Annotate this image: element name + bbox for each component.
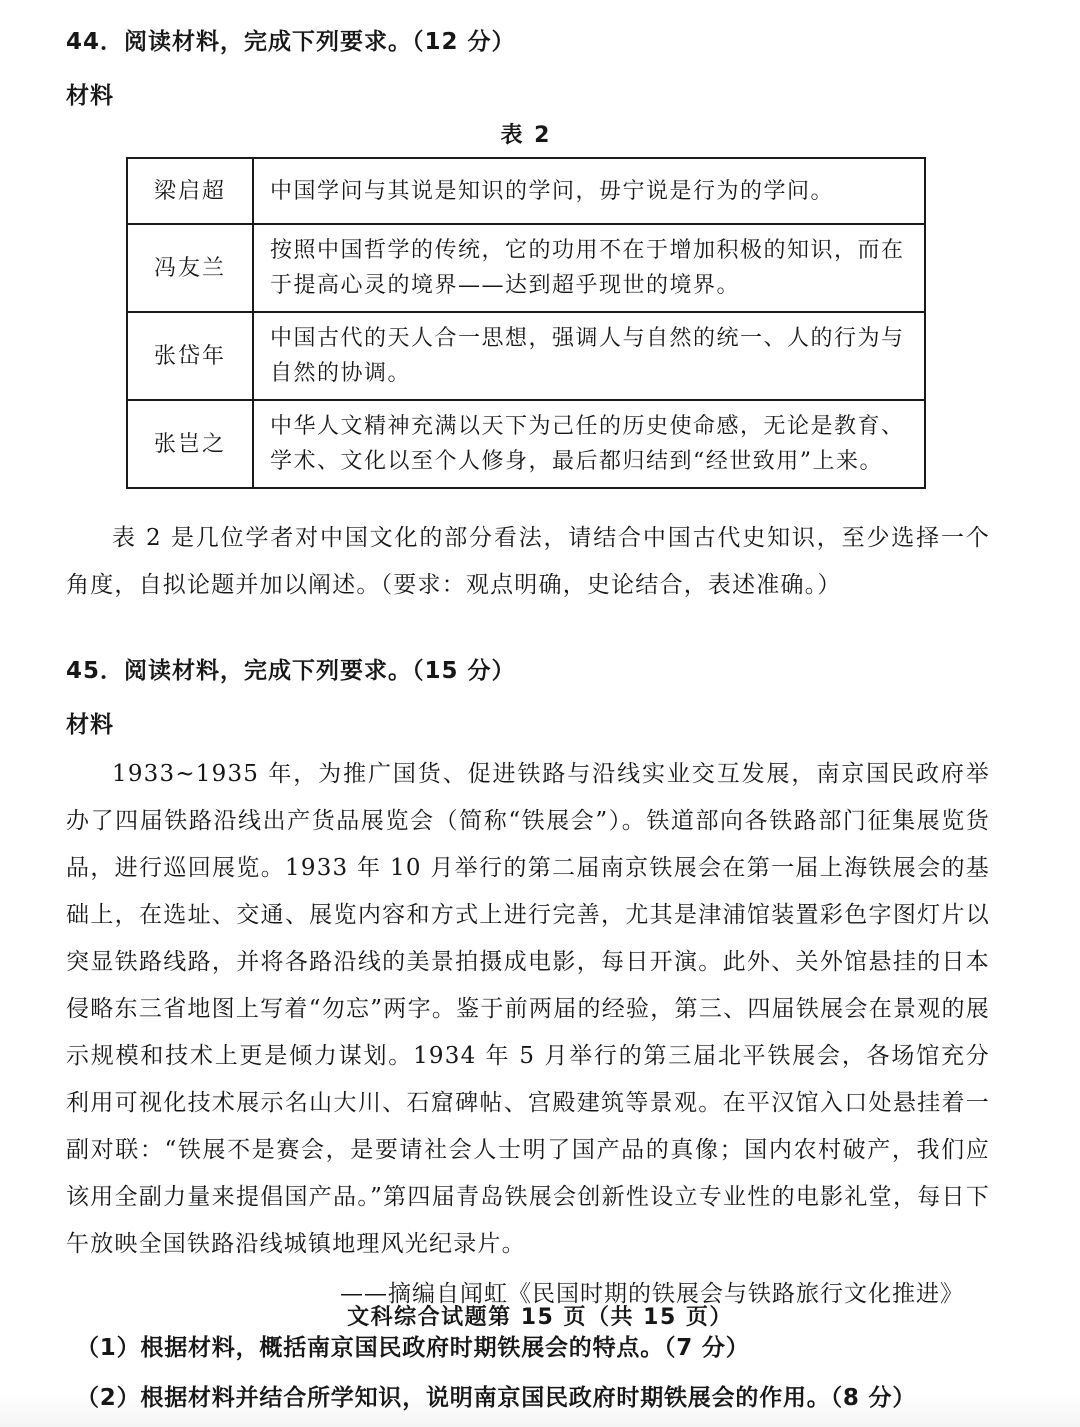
scholar-name-cell: 梁启超 xyxy=(127,158,253,224)
question-45-heading: 45．阅读材料，完成下列要求。（15 分） xyxy=(66,655,990,687)
question-44-section: 44．阅读材料，完成下列要求。（12 分） 材料 表 2 梁启超 中国学问与其说… xyxy=(66,26,990,609)
scholar-name-cell: 张岂之 xyxy=(127,400,253,488)
question-44-material-label: 材料 xyxy=(66,80,990,112)
table-row: 梁启超 中国学问与其说是知识的学问，毋宁说是行为的学问。 xyxy=(127,158,925,224)
scholar-view-cell: 按照中国哲学的传统，它的功用不在于增加积极的知识，而在于提高心灵的境界——达到超… xyxy=(253,224,925,312)
exam-page: 44．阅读材料，完成下列要求。（12 分） 材料 表 2 梁启超 中国学问与其说… xyxy=(0,0,1080,1427)
question-45-material-text: 1933~1935 年，为推广国货、促进铁路与沿线实业交互发展，南京国民政府举办… xyxy=(66,751,990,1268)
question-45-subquestion-1: （1）根据材料，概括南京国民政府时期铁展会的特点。（7 分） xyxy=(66,1332,990,1364)
page-content: 44．阅读材料，完成下列要求。（12 分） 材料 表 2 梁启超 中国学问与其说… xyxy=(0,0,1080,1414)
table-row: 张岂之 中华人文精神充满以天下为己任的历史使命感，无论是教育、学术、文化以至个人… xyxy=(127,400,925,488)
scholar-view-cell: 中国学问与其说是知识的学问，毋宁说是行为的学问。 xyxy=(253,158,925,224)
scholar-name-cell: 张岱年 xyxy=(127,312,253,400)
table-2-title: 表 2 xyxy=(126,118,926,149)
page-footer: 文科综合试题第 15 页（共 15 页） xyxy=(0,1300,1080,1331)
scholar-view-cell: 中华人文精神充满以天下为己任的历史使命感，无论是教育、学术、文化以至个人修身，最… xyxy=(253,400,925,488)
scholar-name-cell: 冯友兰 xyxy=(127,224,253,312)
question-45-subquestion-2: （2）根据材料并结合所学知识，说明南京国民政府时期铁展会的作用。（8 分） xyxy=(66,1382,990,1414)
table-row: 冯友兰 按照中国哲学的传统，它的功用不在于增加积极的知识，而在于提高心灵的境界—… xyxy=(127,224,925,312)
question-44-task: 表 2 是几位学者对中国文化的部分看法，请结合中国古代史知识，至少选择一个角度，… xyxy=(66,515,990,609)
table-2-wrap: 表 2 梁启超 中国学问与其说是知识的学问，毋宁说是行为的学问。 冯友兰 按照中… xyxy=(126,118,926,489)
question-44-heading: 44．阅读材料，完成下列要求。（12 分） xyxy=(66,26,990,58)
table-row: 张岱年 中国古代的天人合一思想，强调人与自然的统一、人的行为与自然的协调。 xyxy=(127,312,925,400)
table-2: 梁启超 中国学问与其说是知识的学问，毋宁说是行为的学问。 冯友兰 按照中国哲学的… xyxy=(126,157,926,489)
question-45-material-label: 材料 xyxy=(66,709,990,741)
scholar-view-cell: 中国古代的天人合一思想，强调人与自然的统一、人的行为与自然的协调。 xyxy=(253,312,925,400)
